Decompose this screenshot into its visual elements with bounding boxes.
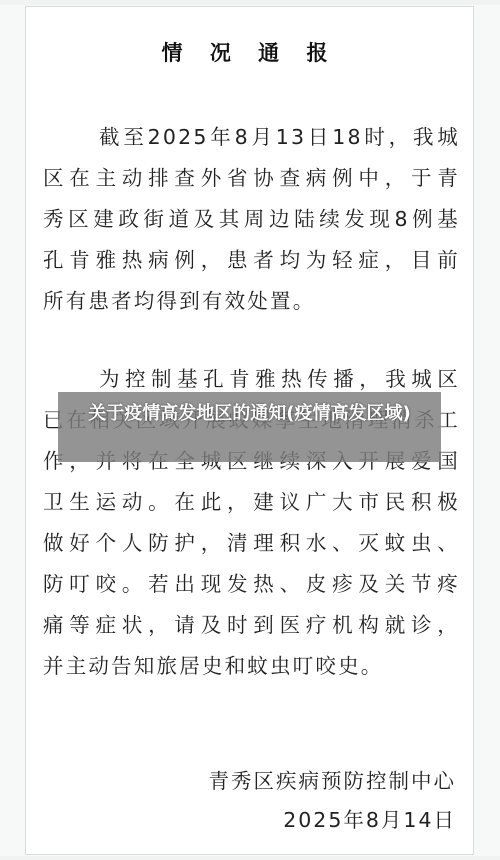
paragraph-line: 做好个人防护，清理积水、灭蚊虫、 — [43, 523, 460, 564]
paragraph-line: 痛等症状，请及时到医疗机构就诊， — [43, 605, 460, 646]
paragraph-line: 卫生运动。在此，建议广大市民积极 — [43, 482, 460, 523]
top-margin-strip — [0, 0, 500, 5]
issue-date: 2025年8月14日 — [209, 801, 457, 840]
signature-block: 青秀区疾病预防控制中心 2025年8月14日 — [209, 762, 457, 840]
paragraph-line: 秀区建政街道及其周边陆续发现8例基 — [43, 199, 460, 240]
paragraph-line: 并主动告知旅居史和蚊虫叮咬史。 — [43, 646, 460, 687]
paragraph-line: 防叮咬。若出现发热、皮疹及关节疼 — [43, 564, 460, 605]
issuing-organization: 青秀区疾病预防控制中心 — [209, 762, 457, 801]
paragraph-line: 孔肯雅热病例，患者均为轻症，目前 — [43, 240, 460, 281]
paragraph-line: 所有患者均得到有效处置。 — [43, 281, 460, 322]
paragraph-line: 区在主动排查外省协查病例中，于青 — [43, 158, 460, 199]
bottom-margin-strip — [0, 856, 500, 860]
paragraph-case-report: 截至2025年8月13日18时，我城 区在主动排查外省协查病例中，于青 秀区建政… — [43, 117, 460, 322]
document-title: 情 况 通 报 — [26, 37, 473, 67]
paragraph-line: 截至2025年8月13日18时，我城 — [43, 117, 460, 158]
caption-overlay: 关于疫情高发地区的通知(疫情高发区域) — [58, 392, 441, 462]
